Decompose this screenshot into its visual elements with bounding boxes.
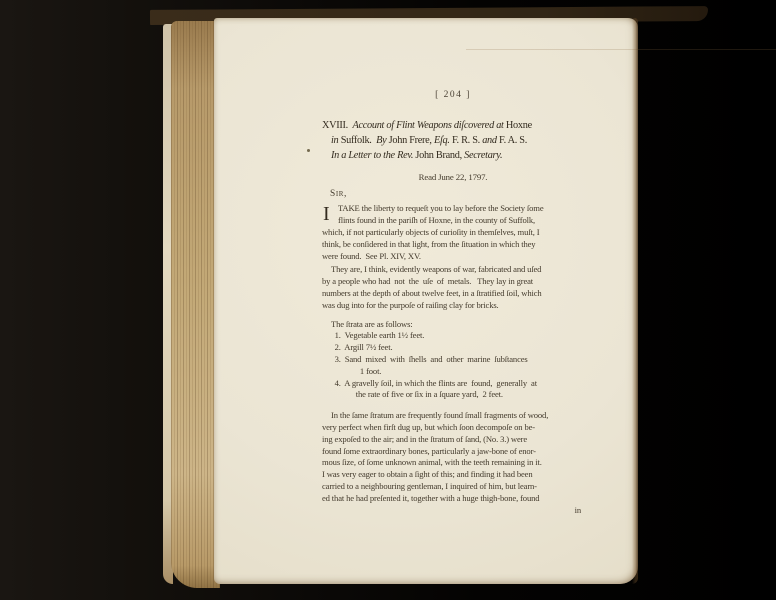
article-heading-line: XVIII. Account of Flint Weapons diſcover… [322, 118, 584, 133]
ink-speck [307, 149, 310, 152]
printed-text-block: [ 204 ] XVIII. Account of Flint Weapons … [322, 90, 584, 516]
text-line: 4. A gravelly ſoil, in which the flints … [322, 378, 584, 390]
text-line: In the ſame ſtratum are frequently found… [322, 410, 584, 422]
paragraph-1-lines: TAKE the liberty to requeſt you to lay b… [322, 203, 584, 262]
read-date-line: Read June 22, 1797. [322, 172, 584, 184]
text-line: by a people who had not the uſe of metal… [322, 276, 584, 288]
heading-roman-segment: F. A. S. [499, 135, 527, 146]
heading-roman-segment: XVIII. [322, 120, 352, 131]
text-line: 1 foot. [322, 366, 584, 378]
text-line: carried to a neighbouring gentleman, I i… [322, 481, 584, 493]
text-line: ing expoſed to the air; and in the ſtrat… [322, 434, 584, 446]
article-heading-line: In a Letter to the Rev. John Brand, Secr… [322, 148, 584, 163]
text-line: 1. Vegetable earth 1½ feet. [322, 330, 584, 342]
page-number: [ 204 ] [322, 90, 584, 102]
strata-list: 1. Vegetable earth 1½ feet. 2. Argill 7½… [322, 330, 584, 401]
text-line: the rate of five or ſix in a ſquare yard… [322, 389, 584, 401]
heading-italic-segment: and [482, 135, 499, 146]
text-line: found ſome extraordinary bones, particul… [322, 446, 584, 458]
text-line: 2. Argill 7½ feet. [322, 342, 584, 354]
text-line: was dug into for the purpoſe of raiſing … [322, 300, 584, 312]
article-heading-line: in Suffolk. By John Frere, Eſq. F. R. S.… [322, 133, 584, 148]
strata-heading: The ſtrata are as follows: [322, 319, 584, 331]
drop-cap: I [323, 204, 330, 224]
heading-italic-segment: Eſq. [434, 135, 452, 146]
text-line: think, be conſidered in that light, from… [322, 239, 584, 251]
text-line: ed that he had preſented it, together wi… [322, 493, 584, 505]
heading-roman-segment: John Brand, [415, 150, 464, 161]
heading-italic-segment: In a Letter to the Rev. [331, 150, 415, 161]
heading-italic-segment: Secretary. [464, 150, 502, 161]
text-line: mous ſize, of ſome unknown animal, with … [322, 457, 584, 469]
article-heading: XVIII. Account of Flint Weapons diſcover… [322, 118, 584, 163]
text-line: flints found in the pariſh of Hoxne, in … [322, 215, 584, 227]
heading-italic-segment: in [331, 135, 341, 146]
heading-italic-segment: Account of Flint Weapons diſcovered at [352, 120, 505, 131]
text-line: very perfect when firſt dug up, but whic… [322, 422, 584, 434]
heading-roman-segment: John Frere, [389, 135, 434, 146]
salutation: Sir, [322, 189, 584, 201]
plate-impression-line [466, 49, 776, 50]
text-line: I was very eager to obtain a ſight of th… [322, 469, 584, 481]
text-line: were found. See Pl. XIV, XV. [322, 251, 584, 263]
text-line: 3. Sand mixed with ſhells and other mari… [322, 354, 584, 366]
page-edge-stack [171, 21, 220, 588]
catchword: in [322, 505, 584, 517]
text-line: numbers at the depth of about twelve fee… [322, 288, 584, 300]
text-line: They are, I think, evidently weapons of … [322, 264, 584, 276]
paragraph-1: I TAKE the liberty to requeſt you to lay… [322, 203, 584, 262]
heading-roman-segment: Hoxne [506, 120, 532, 131]
heading-roman-segment: Suffolk. [341, 135, 376, 146]
paragraph-3: In the ſame ſtratum are frequently found… [322, 410, 584, 504]
text-line: which, if not particularly objects of cu… [322, 227, 584, 239]
heading-roman-segment: F. R. S. [452, 135, 482, 146]
heading-italic-segment: By [376, 135, 389, 146]
paragraph-2: They are, I think, evidently weapons of … [322, 264, 584, 311]
text-line: TAKE the liberty to requeſt you to lay b… [322, 203, 584, 215]
